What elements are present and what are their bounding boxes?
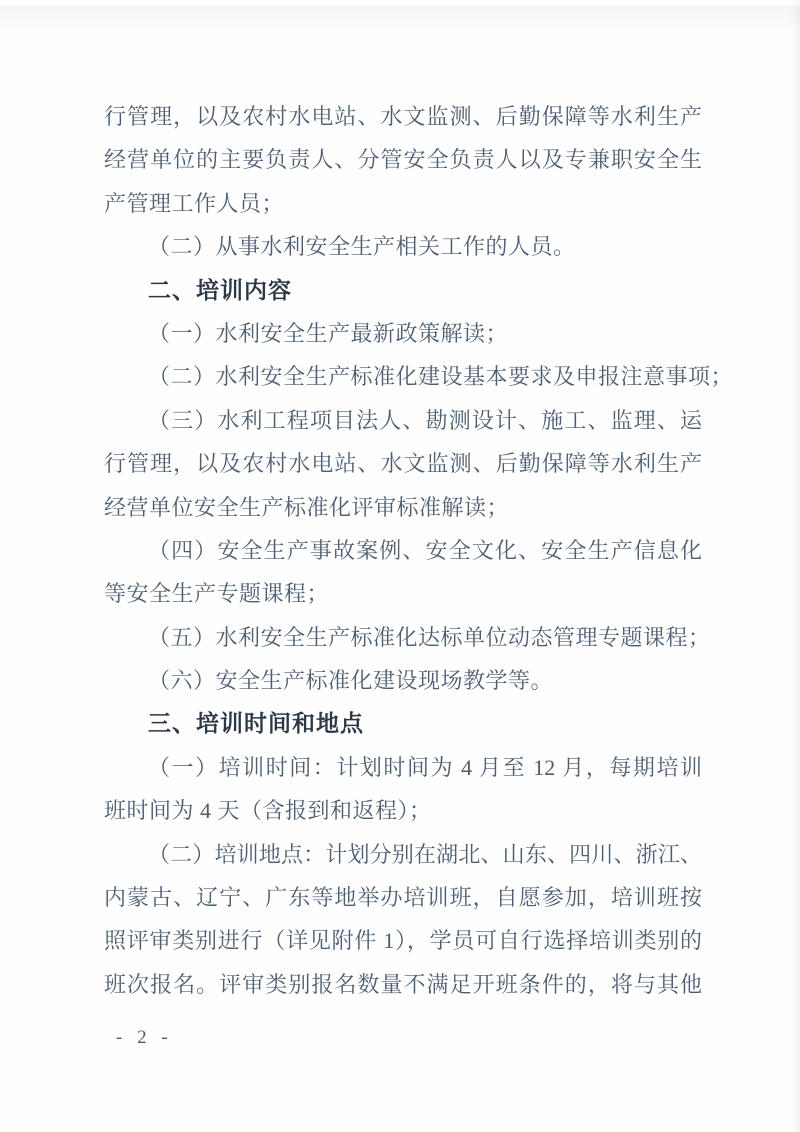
text-line: 照评审类别进行（详见附件 1），学员可自行选择培训类别的: [104, 919, 702, 962]
text-line: 经营单位安全生产标准化评审标准解读；: [104, 486, 702, 529]
document-page: 行管理，以及农村水电站、水文监测、后勤保障等水利生产 经营单位的主要负责人、分管…: [0, 0, 800, 1132]
text-line: （二）从事水利安全生产相关工作的人员。: [104, 225, 702, 268]
document-body: 行管理，以及农村水电站、水文监测、后勤保障等水利生产 经营单位的主要负责人、分管…: [104, 95, 702, 1006]
text-line: 班时间为 4 天（含报到和返程）；: [104, 789, 702, 832]
text-line: （二）培训地点：计划分别在湖北、山东、四川、浙江、: [104, 833, 702, 876]
text-line: 内蒙古、辽宁、广东等地举办培训班，自愿参加，培训班按: [104, 876, 702, 919]
text-line: （四）安全生产事故案例、安全文化、安全生产信息化: [104, 529, 702, 572]
scan-artifact-top: [0, 6, 800, 36]
text-line: （一）水利安全生产最新政策解读；: [104, 312, 702, 355]
section-heading-training-time-place: 三、培训时间和地点: [104, 702, 702, 745]
text-line: 行管理，以及农村水电站、水文监测、后勤保障等水利生产: [104, 442, 702, 485]
section-heading-training-content: 二、培训内容: [104, 269, 702, 312]
text-line: （一）培训时间：计划时间为 4 月至 12 月，每期培训: [104, 746, 702, 789]
text-line: （二）水利安全生产标准化建设基本要求及申报注意事项；: [104, 355, 702, 398]
text-line: 行管理，以及农村水电站、水文监测、后勤保障等水利生产: [104, 95, 702, 138]
text-line: 等安全生产专题课程；: [104, 572, 702, 615]
scan-artifact-right: [790, 0, 800, 1132]
page-number: - 2 -: [116, 1026, 173, 1050]
text-line: （三）水利工程项目法人、勘测设计、施工、监理、运: [104, 399, 702, 442]
text-line: （五）水利安全生产标准化达标单位动态管理专题课程；: [104, 616, 702, 659]
text-line: 班次报名。评审类别报名数量不满足开班条件的，将与其他: [104, 963, 702, 1006]
text-line: 经营单位的主要负责人、分管安全负责人以及专兼职安全生: [104, 138, 702, 181]
text-line: 产管理工作人员；: [104, 182, 702, 225]
text-line: （六）安全生产标准化建设现场教学等。: [104, 659, 702, 702]
